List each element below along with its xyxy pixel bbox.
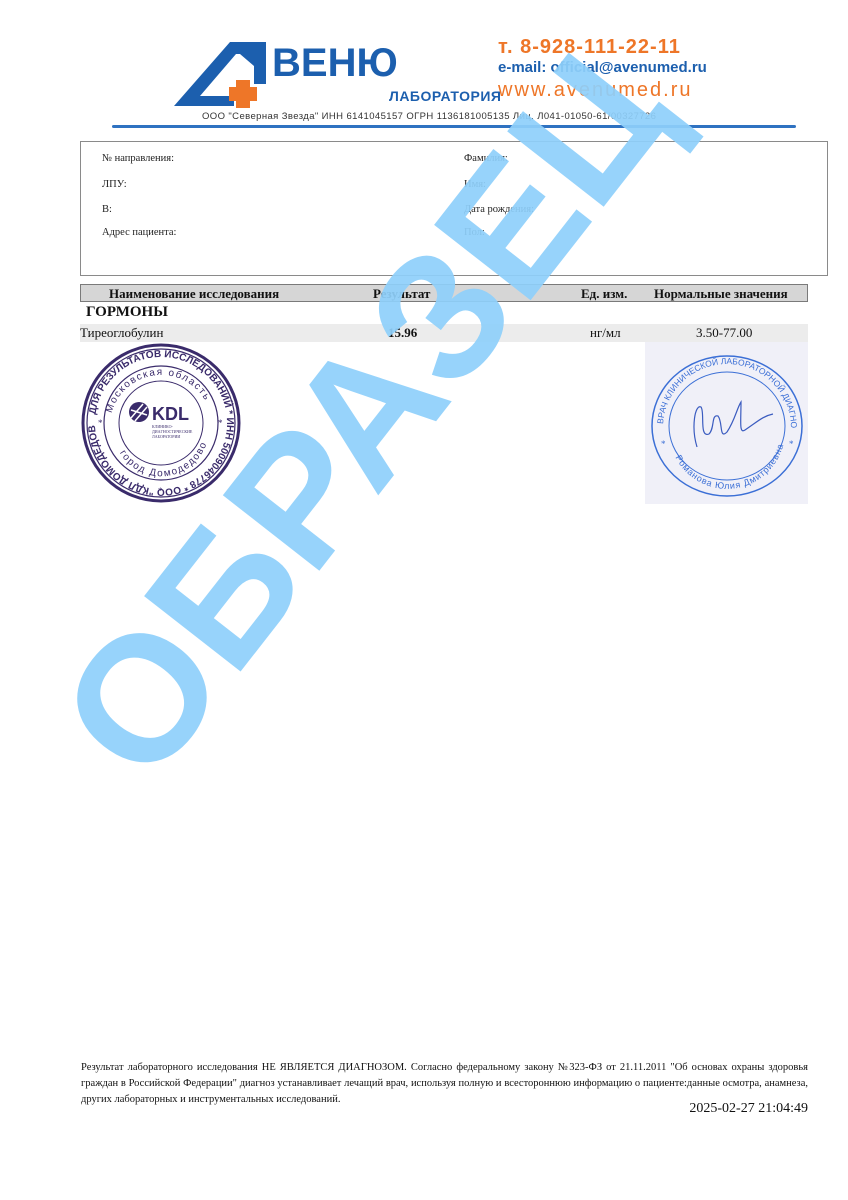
col-unit: Ед. изм. bbox=[581, 286, 627, 302]
col-reference: Нормальные значения bbox=[654, 286, 788, 302]
b-label: В: bbox=[102, 204, 112, 215]
svg-text:*: * bbox=[218, 418, 223, 428]
test-unit: нг/мл bbox=[590, 325, 621, 341]
kdl-globe-icon bbox=[129, 402, 149, 422]
company-requisites: ООО "Северная Звезда" ИНН 6141045157 ОГР… bbox=[202, 111, 656, 122]
letterhead: ВЕНЮ ЛАБОРАТОРИЯ т. 8-928-111-22-11 e-ma… bbox=[112, 28, 798, 130]
signature-icon bbox=[694, 402, 773, 447]
test-name: Тиреоглобулин bbox=[80, 325, 163, 341]
contact-phone: т. 8-928-111-22-11 bbox=[498, 36, 707, 58]
clinic-label: ЛПУ: bbox=[102, 179, 127, 190]
patient-address-label: Адрес пациента: bbox=[102, 227, 176, 238]
report-timestamp: 2025-02-27 21:04:49 bbox=[689, 1101, 808, 1117]
svg-text:ЛАБОРАТОРИИ: ЛАБОРАТОРИИ bbox=[152, 434, 180, 439]
sex-label: Пол: bbox=[464, 227, 485, 238]
table-row: Тиреоглобулин 15.96 нг/мл 3.50-77.00 bbox=[80, 324, 808, 342]
surname-label: Фамилия: bbox=[464, 153, 508, 164]
svg-text:ВРАЧ КЛИНИЧЕСКОЙ ЛАБОРАТОРНОЙ: ВРАЧ КЛИНИЧЕСКОЙ ЛАБОРАТОРНОЙ ДИАГНОСТИК… bbox=[645, 342, 799, 429]
referral-number-label: № направления: bbox=[102, 153, 174, 164]
lab-stamp: ДЛЯ РЕЗУЛЬТАТОВ ИССЛЕДОВАНИЙ * ИНН 50090… bbox=[80, 342, 242, 504]
contact-website: www.avenumed.ru bbox=[498, 78, 707, 102]
section-title: ГОРМОНЫ bbox=[86, 304, 168, 321]
contacts: т. 8-928-111-22-11 e-mail: official@aven… bbox=[498, 36, 707, 102]
doctor-stamp: ВРАЧ КЛИНИЧЕСКОЙ ЛАБОРАТОРНОЙ ДИАГНОСТИК… bbox=[645, 342, 808, 504]
header-divider bbox=[112, 125, 796, 128]
svg-text:*: * bbox=[158, 486, 163, 496]
birth-date-label: Дата рождения: bbox=[464, 204, 534, 215]
doctor-stamp-title: ВРАЧ КЛИНИЧЕСКОЙ ЛАБОРАТОРНОЙ ДИАГНОСТИК… bbox=[645, 342, 799, 429]
aveniu-logo: ВЕНЮ ЛАБОРАТОРИЯ bbox=[174, 36, 444, 108]
col-test-name: Наименование исследования bbox=[109, 286, 279, 302]
test-reference: 3.50-77.00 bbox=[696, 325, 752, 341]
patient-info-box: № направления: ЛПУ: В: Адрес пациента: Ф… bbox=[80, 141, 828, 276]
svg-text:ВЕНЮ: ВЕНЮ bbox=[272, 41, 398, 85]
contact-email: e-mail: official@avenumed.ru bbox=[498, 58, 707, 78]
kdl-brand: KDL bbox=[152, 404, 189, 424]
results-table-header: Наименование исследования Результат Ед. … bbox=[80, 284, 808, 302]
col-result: Результат bbox=[373, 286, 430, 302]
test-result: 15.96 bbox=[388, 325, 417, 341]
logo-subtitle: ЛАБОРАТОРИЯ bbox=[389, 88, 501, 104]
svg-text:*: * bbox=[789, 439, 794, 449]
first-name-label: Имя: bbox=[464, 179, 486, 190]
svg-text:*: * bbox=[661, 439, 666, 449]
svg-text:*: * bbox=[98, 418, 103, 428]
